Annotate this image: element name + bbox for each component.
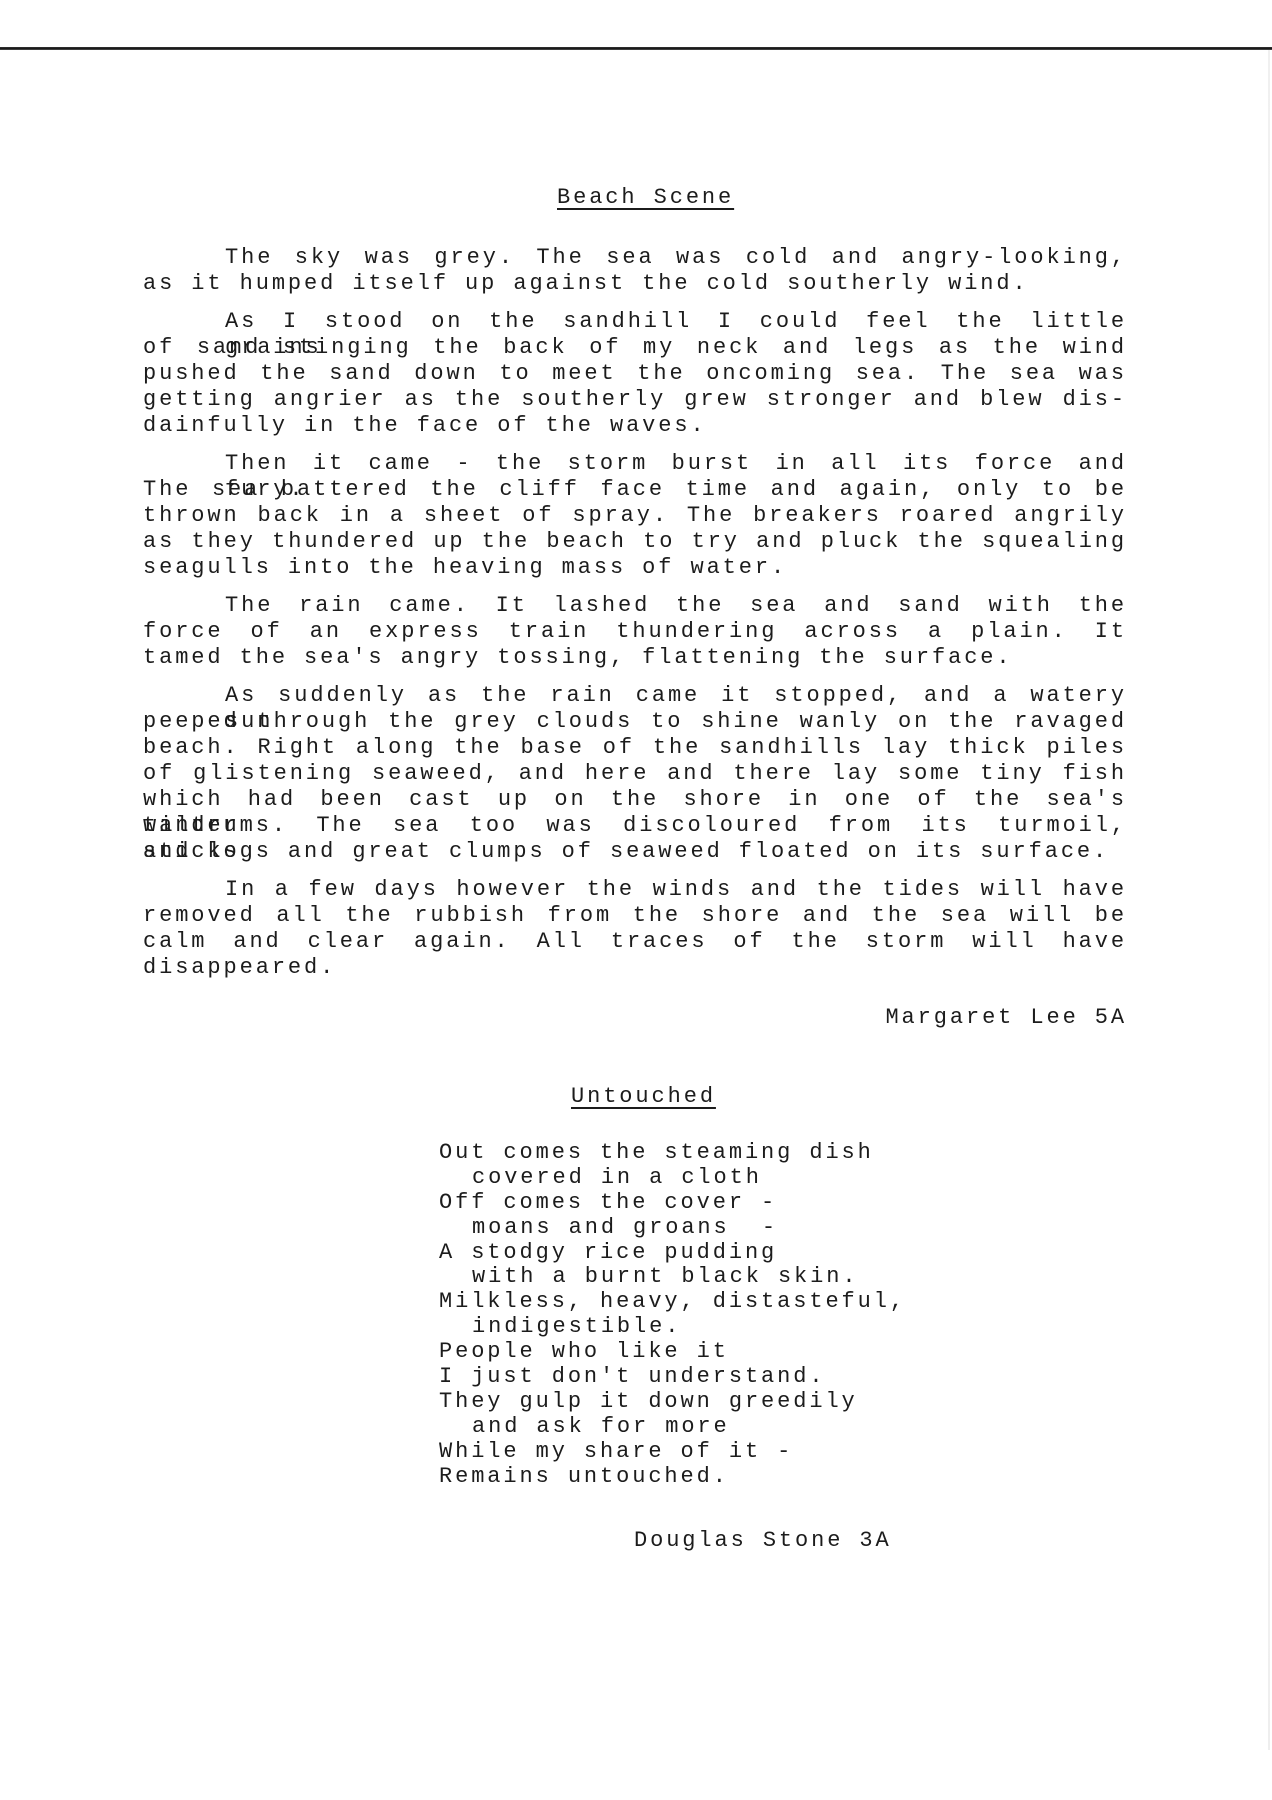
paragraph-line: thrown back in a sheet of spray. The bre…	[143, 503, 1127, 529]
paragraph-line: seagulls into the heaving mass of water.	[143, 555, 1127, 581]
poem-line: People who like it	[439, 1340, 906, 1365]
paragraph-line: As I stood on the sandhill I could feel …	[143, 309, 1127, 335]
poem-line: Milkless, heavy, distasteful,	[439, 1290, 906, 1315]
poem-line: with a burnt black skin.	[439, 1265, 906, 1290]
paragraph: The sky was grey. The sea was cold and a…	[143, 245, 1127, 297]
poem-line: Remains untouched.	[439, 1465, 906, 1490]
paragraph: The rain came. It lashed the sea and san…	[143, 593, 1127, 671]
paragraph-line: as it humped itself up against the cold …	[143, 271, 1127, 297]
poem-line: Off comes the cover -	[439, 1191, 906, 1216]
paragraph-line: force of an express train thundering acr…	[143, 619, 1127, 645]
poem-line: moans and groans -	[439, 1216, 906, 1241]
paragraph-line: getting angrier as the southerly grew st…	[143, 387, 1127, 413]
poem-line: indigestible.	[439, 1315, 906, 1340]
paragraph-line: calm and clear again. All traces of the …	[143, 929, 1127, 955]
paragraph-line: dainfully in the face of the waves.	[143, 413, 1127, 439]
paragraph: Then it came - the storm burst in all it…	[143, 451, 1127, 581]
poem-body: Out comes the steaming dishcovered in a …	[439, 1141, 906, 1489]
paragraph-line: The sky was grey. The sea was cold and a…	[143, 245, 1127, 271]
paragraph-line: The rain came. It lashed the sea and san…	[143, 593, 1127, 619]
poem-author: Douglas Stone 3A	[634, 1528, 892, 1554]
paragraph-line: The sea battered the cliff face time and…	[143, 477, 1127, 503]
paragraph-line: of glistening seaweed, and here and ther…	[143, 761, 1127, 787]
paragraph-line: disappeared.	[143, 955, 1127, 981]
story-title: Beach Scene	[557, 185, 734, 211]
paragraph-line: and logs and great clumps of seaweed flo…	[143, 839, 1127, 865]
paragraph-line: Then it came - the storm burst in all it…	[143, 451, 1127, 477]
top-rule	[0, 47, 1272, 50]
paragraph-line: of sand stinging the back of my neck and…	[143, 335, 1127, 361]
paragraph-line: peeped through the grey clouds to shine …	[143, 709, 1127, 735]
poem-line: covered in a cloth	[439, 1166, 906, 1191]
paragraph-line: which had been cast up on the shore in o…	[143, 787, 1127, 813]
paragraph: In a few days however the winds and the …	[143, 877, 1127, 981]
poem-line: They gulp it down greedily	[439, 1390, 906, 1415]
paragraph-line: In a few days however the winds and the …	[143, 877, 1127, 903]
paragraph: As I stood on the sandhill I could feel …	[143, 309, 1127, 439]
poem-line: and ask for more	[439, 1415, 906, 1440]
poem-line: I just don't understand.	[439, 1365, 906, 1390]
paragraph-line: As suddenly as the rain came it stopped,…	[143, 683, 1127, 709]
story-author: Margaret Lee 5A	[885, 1005, 1127, 1031]
poem-line: A stodgy rice pudding	[439, 1241, 906, 1266]
poem-line: While my share of it -	[439, 1440, 906, 1465]
paragraph-line: removed all the rubbish from the shore a…	[143, 903, 1127, 929]
page-edge	[1268, 50, 1270, 1750]
paragraph: As suddenly as the rain came it stopped,…	[143, 683, 1127, 865]
paragraph-line: as they thundered up the beach to try an…	[143, 529, 1127, 555]
paragraph-line: tantrums. The sea too was discoloured fr…	[143, 813, 1127, 839]
story-body: The sky was grey. The sea was cold and a…	[143, 245, 1127, 993]
paragraph-line: tamed the sea's angry tossing, flattenin…	[143, 645, 1127, 671]
paragraph-line: pushed the sand down to meet the oncomin…	[143, 361, 1127, 387]
paragraph-line: beach. Right along the base of the sandh…	[143, 735, 1127, 761]
poem-line: Out comes the steaming dish	[439, 1141, 906, 1166]
poem-title: Untouched	[571, 1084, 716, 1110]
